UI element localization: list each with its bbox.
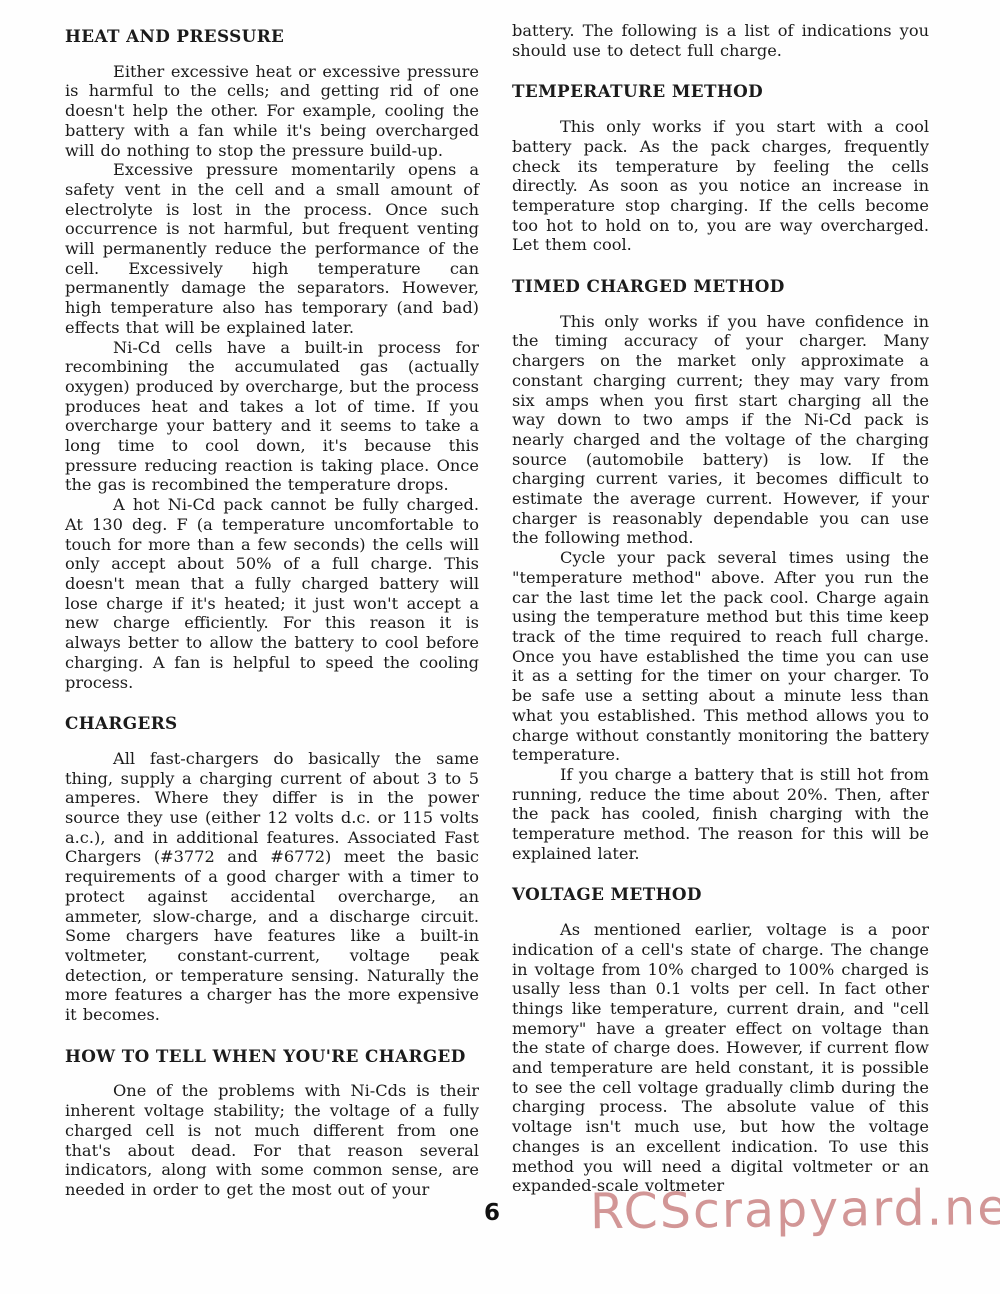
paragraph-heat-3: Ni-Cd cells have a built-in process for … <box>65 338 479 496</box>
paragraph-chargers-1: All fast-chargers do basically the same … <box>65 749 479 1025</box>
watermark-rcscrapyard: RCScrapyard.net <box>590 1179 1000 1241</box>
paragraph-temperature-1: This only works if you start with a cool… <box>512 117 929 255</box>
paragraph-how-to-tell-1: One of the problems with Ni-Cds is their… <box>65 1081 479 1199</box>
paragraph-voltage-1: As mentioned earlier, voltage is a poor … <box>512 920 929 1196</box>
paragraph-timed-3: If you charge a battery that is still ho… <box>512 765 929 864</box>
paragraph-heat-2: Excessive pressure momentarily opens a s… <box>65 160 479 337</box>
heading-chargers: CHARGERS <box>65 714 479 734</box>
left-column: HEAT AND PRESSURE Either excessive heat … <box>65 27 479 1200</box>
heading-how-to-tell: HOW TO TELL WHEN YOU'RE CHARGED <box>65 1047 479 1067</box>
right-column: battery. The following is a list of indi… <box>512 21 929 1196</box>
heading-voltage-method: VOLTAGE METHOD <box>512 885 929 905</box>
paragraph-timed-2: Cycle your pack several times using the … <box>512 548 929 765</box>
heading-timed-charged-method: TIMED CHARGED METHOD <box>512 277 929 297</box>
page-number: 6 <box>484 1200 500 1226</box>
heading-temperature-method: TEMPERATURE METHOD <box>512 82 929 102</box>
paragraph-how-to-tell-continued: battery. The following is a list of indi… <box>512 21 929 60</box>
paragraph-heat-1: Either excessive heat or excessive press… <box>65 62 479 161</box>
paragraph-timed-1: This only works if you have confidence i… <box>512 312 929 548</box>
scanned-manual-page: HEAT AND PRESSURE Either excessive heat … <box>0 0 1000 1294</box>
paragraph-heat-4: A hot Ni-Cd pack cannot be fully charged… <box>65 495 479 692</box>
heading-heat-and-pressure: HEAT AND PRESSURE <box>65 27 479 47</box>
